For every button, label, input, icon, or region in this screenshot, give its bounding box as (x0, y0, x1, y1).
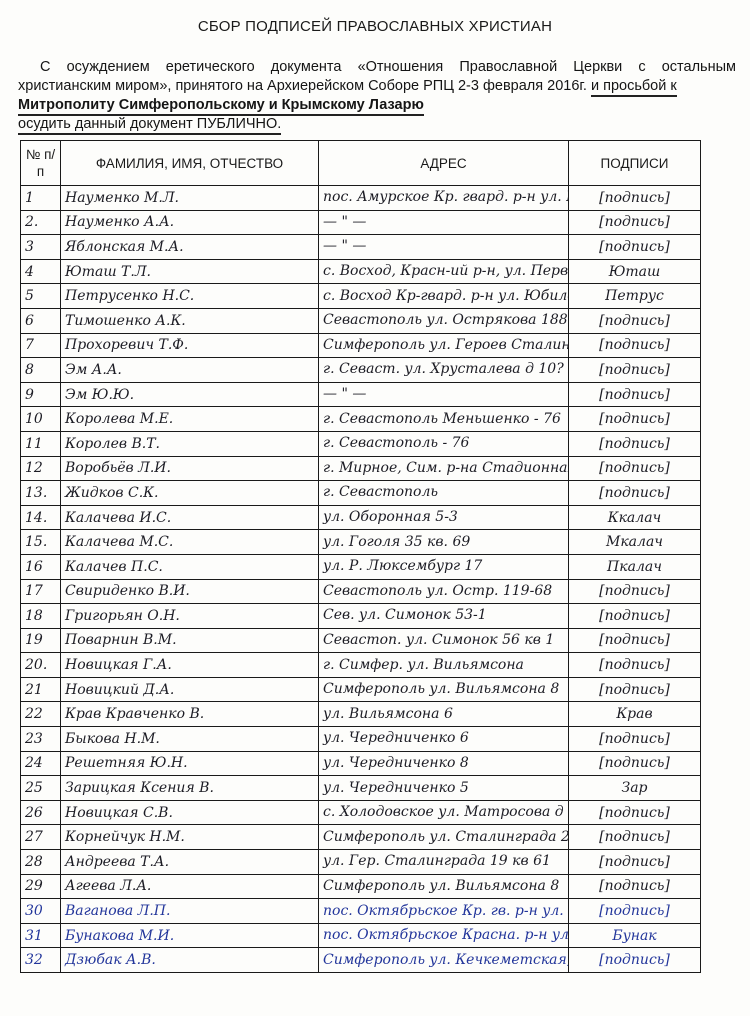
row-number: 13. (21, 481, 61, 506)
table-row: 2.Науменко А.А.— " —[подпись] (21, 210, 701, 235)
row-number: 16 (21, 554, 61, 579)
table-row: 21Новицкий Д.А.Симферополь ул. Вильямсон… (21, 677, 701, 702)
row-name: Яблонская М.А. (61, 235, 319, 260)
row-number: 2. (21, 210, 61, 235)
row-address: — " — (319, 382, 569, 407)
row-address: Симферополь ул. Сталинграда 29 кв 5 (319, 825, 569, 850)
row-name: Поварнин В.М. (61, 628, 319, 653)
table-row: 18Григорьян О.Н.Сев. ул. Симонок 53-1[по… (21, 604, 701, 629)
intro-line-3: Митрополиту Симферопольскому и Крымскому… (18, 96, 736, 115)
row-signature: Юташ (569, 259, 701, 284)
row-number: 9 (21, 382, 61, 407)
row-name: Новицкий Д.А. (61, 677, 319, 702)
row-signature: [подпись] (569, 235, 701, 260)
row-signature: Мкалач (569, 530, 701, 555)
table-row: 16Калачев П.С.ул. Р. Люксембург 17Пкалач (21, 554, 701, 579)
table-row: 30Ваганова Л.П.пос. Октябрьское Кр. гв. … (21, 899, 701, 924)
row-signature: [подпись] (569, 653, 701, 678)
row-number: 8 (21, 358, 61, 383)
row-number: 18 (21, 604, 61, 629)
signature-table: № п/п ФАМИЛИЯ, ИМЯ, ОТЧЕСТВО АДРЕС ПОДПИ… (20, 140, 701, 973)
row-number: 10 (21, 407, 61, 432)
row-name: Науменко М.Л. (61, 186, 319, 211)
row-number: 4 (21, 259, 61, 284)
row-address: г. Севаст. ул. Хрусталева д 10? кв (319, 358, 569, 383)
row-number: 27 (21, 825, 61, 850)
row-name: Бунакова М.И. (61, 923, 319, 948)
row-address: ул. Гоголя 35 кв. 69 (319, 530, 569, 555)
row-number: 32 (21, 948, 61, 973)
table-row: 13.Жидков С.К.г. Севастополь[подпись] (21, 481, 701, 506)
row-signature: Крав (569, 702, 701, 727)
row-name: Петрусенко Н.С. (61, 284, 319, 309)
header-num: № п/п (21, 141, 61, 186)
row-number: 24 (21, 751, 61, 776)
table-row: 12Воробьёв Л.И.г. Мирное, Сим. р-на Стад… (21, 456, 701, 481)
row-signature: [подпись] (569, 407, 701, 432)
row-signature: [подпись] (569, 186, 701, 211)
table-row: 28Андреева Т.А.ул. Гер. Сталинграда 19 к… (21, 850, 701, 875)
intro-line-4: осудить данный документ ПУБЛИЧНО. (18, 115, 736, 134)
row-name: Калачева М.С. (61, 530, 319, 555)
table-row: 20.Новицкая Г.А.г. Симфер. ул. Вильямсон… (21, 653, 701, 678)
row-address: Симферополь ул. Героев Сталинграда д.19 … (319, 333, 569, 358)
table-row: 32Дзюбак А.В.Симферополь ул. Кечкеметска… (21, 948, 701, 973)
row-address: г. Севастополь Меньшенко - 76 (319, 407, 569, 432)
table-row: 24Решетняя Ю.Н.ул. Чередниченко 8[подпис… (21, 751, 701, 776)
row-name: Решетняя Ю.Н. (61, 751, 319, 776)
table-row: 17Свириденко В.И.Севастополь ул. Остр. 1… (21, 579, 701, 604)
row-number: 25 (21, 776, 61, 801)
row-address: — " — (319, 210, 569, 235)
row-address: г. Севастополь (319, 481, 569, 506)
row-address: с. Восход Кр-гвард. р-н ул. Юбилейная (319, 284, 569, 309)
row-number: 31 (21, 923, 61, 948)
row-signature: Бунак (569, 923, 701, 948)
row-name: Ваганова Л.П. (61, 899, 319, 924)
row-name: Королева М.Е. (61, 407, 319, 432)
row-number: 6 (21, 308, 61, 333)
row-number: 5 (21, 284, 61, 309)
row-address: г. Севастополь - 76 (319, 431, 569, 456)
row-number: 23 (21, 727, 61, 752)
row-signature: [подпись] (569, 850, 701, 875)
row-name: Науменко А.А. (61, 210, 319, 235)
table-row: 3Яблонская М.А.— " —[подпись] (21, 235, 701, 260)
row-address: пос. Октябрьское Красна. р-н ул. Тельман… (319, 923, 569, 948)
row-signature: [подпись] (569, 628, 701, 653)
row-signature: Ккалач (569, 505, 701, 530)
row-number: 12 (21, 456, 61, 481)
row-name: Григорьян О.Н. (61, 604, 319, 629)
row-name: Дзюбак А.В. (61, 948, 319, 973)
row-name: Воробьёв Л.И. (61, 456, 319, 481)
intro-text: С осуждением еретического документа «Отн… (18, 58, 736, 134)
table-row: 15.Калачева М.С.ул. Гоголя 35 кв. 69Мкал… (21, 530, 701, 555)
row-signature: [подпись] (569, 604, 701, 629)
row-address: Симферополь ул. Кечкеметская, 17 (319, 948, 569, 973)
row-signature: [подпись] (569, 431, 701, 456)
row-signature: Пкалач (569, 554, 701, 579)
row-number: 11 (21, 431, 61, 456)
row-number: 22 (21, 702, 61, 727)
table-row: 7Прохоревич Т.Ф.Симферополь ул. Героев С… (21, 333, 701, 358)
row-name: Новицкая Г.А. (61, 653, 319, 678)
row-name: Калачева И.С. (61, 505, 319, 530)
row-signature: [подпись] (569, 899, 701, 924)
row-address: ул. Гер. Сталинграда 19 кв 61 (319, 850, 569, 875)
table-row: 5Петрусенко Н.С.с. Восход Кр-гвард. р-н … (21, 284, 701, 309)
row-address: г. Симфер. ул. Вильямсона (319, 653, 569, 678)
row-name: Агеева Л.А. (61, 874, 319, 899)
row-number: 29 (21, 874, 61, 899)
table-row: 9Эм Ю.Ю.— " —[подпись] (21, 382, 701, 407)
table-row: 14.Калачева И.С.ул. Оборонная 5-3Ккалач (21, 505, 701, 530)
row-signature: [подпись] (569, 358, 701, 383)
table-row: 23Быкова Н.М.ул. Чередниченко 6[подпись] (21, 727, 701, 752)
intro-line-2: христианским миром», принятого на Архиер… (18, 77, 736, 96)
row-number: 3 (21, 235, 61, 260)
row-name: Свириденко В.И. (61, 579, 319, 604)
row-name: Калачев П.С. (61, 554, 319, 579)
table-row: 4Юташ Т.Л.с. Восход, Красн-ий р-н, ул. П… (21, 259, 701, 284)
row-signature: [подпись] (569, 825, 701, 850)
table-row: 1Науменко М.Л.пос. Амурское Кр. гвард. р… (21, 186, 701, 211)
row-number: 26 (21, 800, 61, 825)
row-signature: Зар (569, 776, 701, 801)
row-name: Жидков С.К. (61, 481, 319, 506)
row-name: Королев В.Т. (61, 431, 319, 456)
row-number: 14. (21, 505, 61, 530)
row-name: Новицкая С.В. (61, 800, 319, 825)
row-number: 17 (21, 579, 61, 604)
table-row: 25Зарицкая Ксения В.ул. Чередниченко 5За… (21, 776, 701, 801)
request-text: осудить данный документ ПУБЛИЧНО. (18, 116, 281, 135)
addressee: Митрополиту Симферопольскому и Крымскому… (18, 97, 424, 116)
row-number: 28 (21, 850, 61, 875)
row-signature: [подпись] (569, 210, 701, 235)
row-number: 21 (21, 677, 61, 702)
row-address: ул. Чередниченко 8 (319, 751, 569, 776)
intro-line-2b: и просьбой к (591, 78, 677, 97)
row-number: 19 (21, 628, 61, 653)
row-signature: [подпись] (569, 579, 701, 604)
table-row: 11Королев В.Т.г. Севастополь - 76[подпис… (21, 431, 701, 456)
table-row: 29Агеева Л.А.Симферополь ул. Вильямсона … (21, 874, 701, 899)
row-address: ул. Р. Люксембург 17 (319, 554, 569, 579)
row-number: 1 (21, 186, 61, 211)
row-address: — " — (319, 235, 569, 260)
row-signature: Петрус (569, 284, 701, 309)
row-name: Быкова Н.М. (61, 727, 319, 752)
table-header-row: № п/п ФАМИЛИЯ, ИМЯ, ОТЧЕСТВО АДРЕС ПОДПИ… (21, 141, 701, 186)
intro-line-1: С осуждением еретического документа «Отн… (18, 58, 736, 77)
row-address: ул. Чередниченко 6 (319, 727, 569, 752)
row-signature: [подпись] (569, 333, 701, 358)
row-address: Симферополь ул. Вильямсона 8 (319, 874, 569, 899)
row-name: Крав Кравченко В. (61, 702, 319, 727)
table-row: 6Тимошенко А.К.Севастополь ул. Острякова… (21, 308, 701, 333)
row-number: 30 (21, 899, 61, 924)
row-address: Сев. ул. Симонок 53-1 (319, 604, 569, 629)
intro-line-2a: христианским миром», принятого на Архиер… (18, 78, 587, 94)
row-name: Тимошенко А.К. (61, 308, 319, 333)
table-row: 10Королева М.Е.г. Севастополь Меньшенко … (21, 407, 701, 432)
row-signature: [подпись] (569, 456, 701, 481)
row-address: Севастополь ул. Острякова 188 кв. 39 (319, 308, 569, 333)
document-title: СБОР ПОДПИСЕЙ ПРАВОСЛАВНЫХ ХРИСТИАН (0, 18, 750, 35)
table-row: 22Крав Кравченко В.ул. Вильямсона 6Крав (21, 702, 701, 727)
row-name: Прохоревич Т.Ф. (61, 333, 319, 358)
row-signature: [подпись] (569, 727, 701, 752)
header-name: ФАМИЛИЯ, ИМЯ, ОТЧЕСТВО (61, 141, 319, 186)
row-signature: [подпись] (569, 481, 701, 506)
row-signature: [подпись] (569, 308, 701, 333)
row-name: Андреева Т.А. (61, 850, 319, 875)
row-address: пос. Амурское Кр. гвард. р-н ул. Насадов… (319, 186, 569, 211)
row-name: Эм Ю.Ю. (61, 382, 319, 407)
row-address: пос. Октябрьское Кр. гв. р-н ул. Тельман… (319, 899, 569, 924)
header-signature: ПОДПИСИ (569, 141, 701, 186)
row-address: г. Мирное, Сим. р-на Стадионная 13/3. (319, 456, 569, 481)
row-signature: [подпись] (569, 874, 701, 899)
row-name: Корнейчук Н.М. (61, 825, 319, 850)
row-address: Симферополь ул. Вильямсона 8 (319, 677, 569, 702)
table-row: 31Бунакова М.И.пос. Октябрьское Красна. … (21, 923, 701, 948)
row-signature: [подпись] (569, 751, 701, 776)
row-name: Зарицкая Ксения В. (61, 776, 319, 801)
table-row: 26Новицкая С.В.с. Холодовское ул. Матрос… (21, 800, 701, 825)
header-address: АДРЕС (319, 141, 569, 186)
row-signature: [подпись] (569, 948, 701, 973)
row-address: с. Холодовское ул. Матросова д 62 (319, 800, 569, 825)
table-row: 27Корнейчук Н.М.Симферополь ул. Сталингр… (21, 825, 701, 850)
row-address: ул. Чередниченко 5 (319, 776, 569, 801)
row-signature: [подпись] (569, 677, 701, 702)
row-number: 15. (21, 530, 61, 555)
table-row: 19Поварнин В.М.Севастоп. ул. Симонок 56 … (21, 628, 701, 653)
row-signature: [подпись] (569, 382, 701, 407)
row-address: Севастополь ул. Остр. 119-68 (319, 579, 569, 604)
row-name: Юташ Т.Л. (61, 259, 319, 284)
row-number: 20. (21, 653, 61, 678)
row-signature: [подпись] (569, 800, 701, 825)
row-name: Эм А.А. (61, 358, 319, 383)
row-number: 7 (21, 333, 61, 358)
row-address: ул. Вильямсона 6 (319, 702, 569, 727)
table-row: 8Эм А.А.г. Севаст. ул. Хрусталева д 10? … (21, 358, 701, 383)
row-address: ул. Оборонная 5-3 (319, 505, 569, 530)
row-address: с. Восход, Красн-ий р-н, ул. Первомайска… (319, 259, 569, 284)
row-address: Севастоп. ул. Симонок 56 кв 1 (319, 628, 569, 653)
